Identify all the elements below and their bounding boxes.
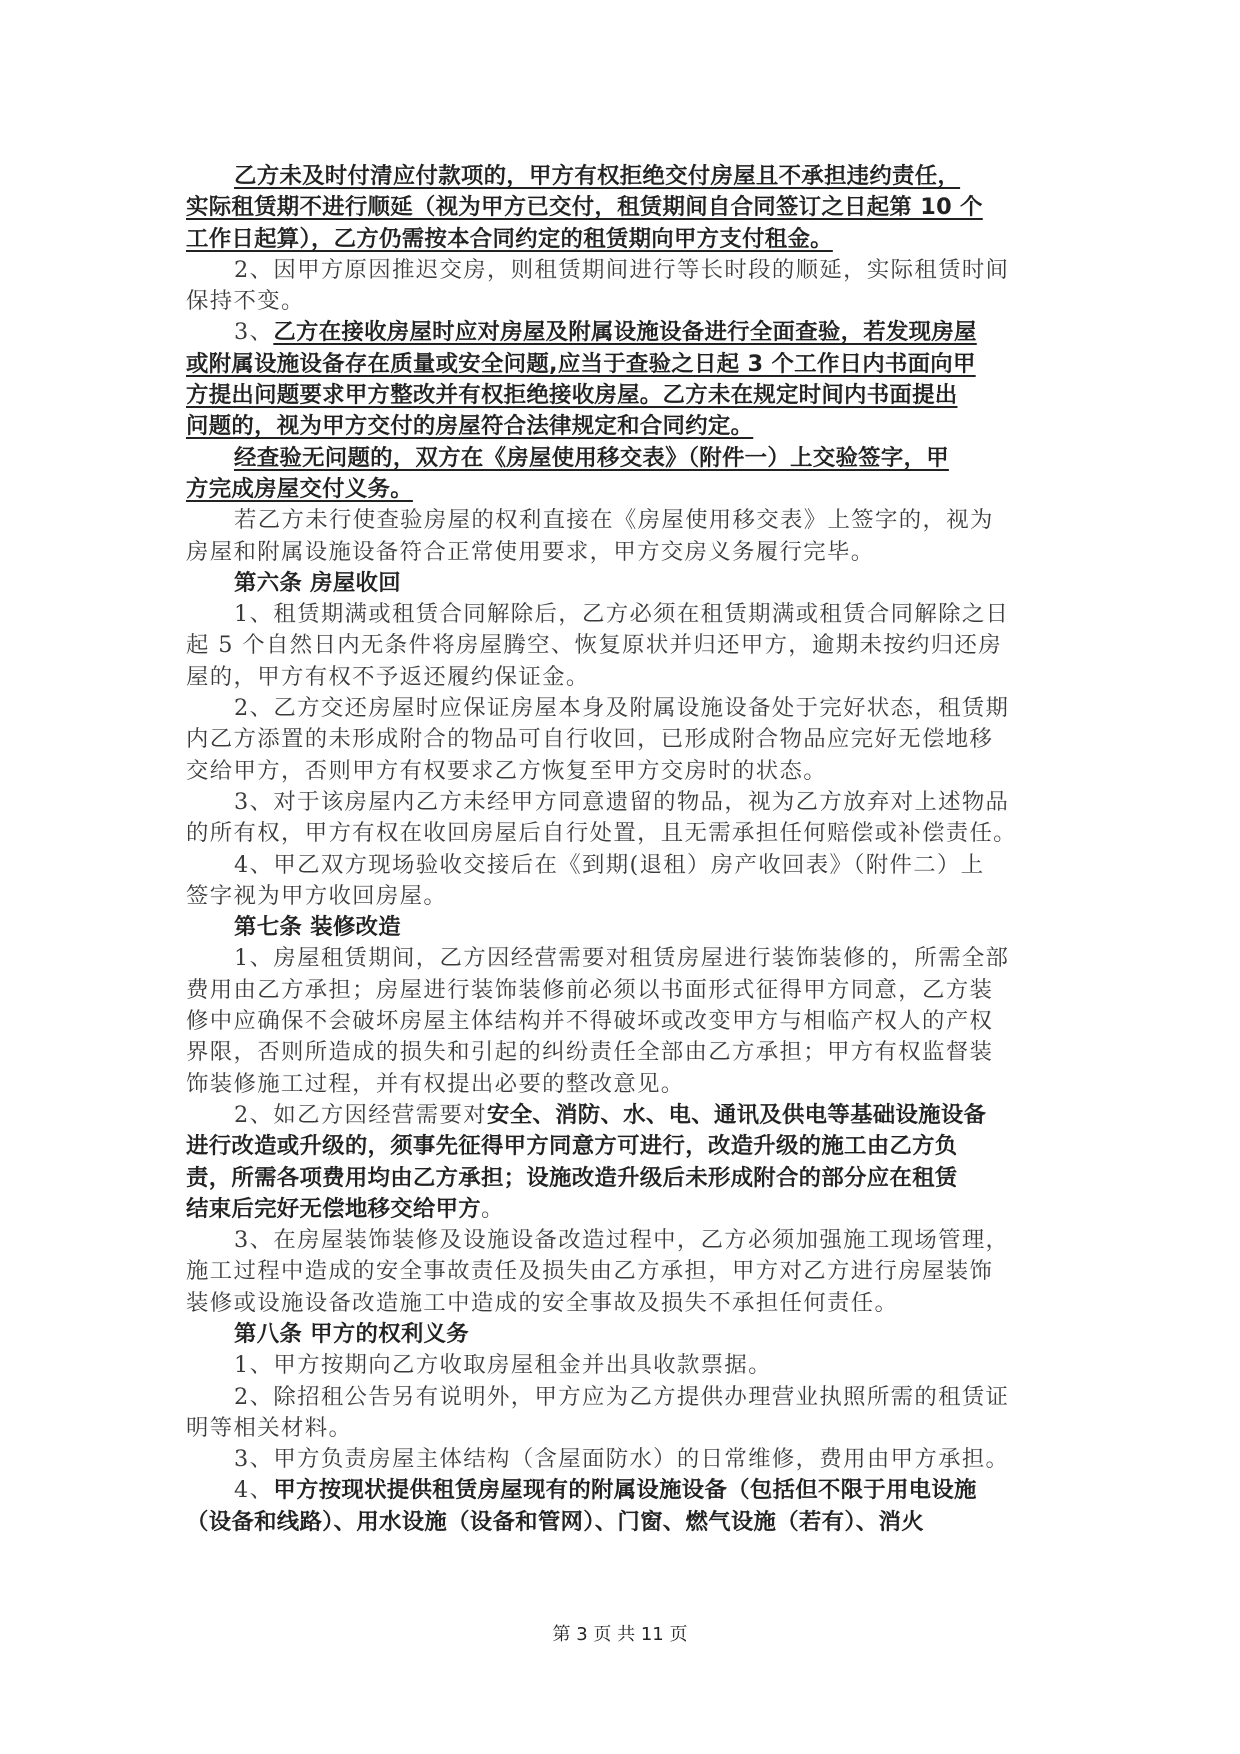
- paragraph-line: 责，所需各项费用均由乙方承担；设施改造升级后未形成附合的部分应在租赁: [186, 1163, 1048, 1194]
- paragraph-line: 方提出问题要求甲方整改并有权拒绝接收房屋。乙方未在规定时间内书面提出: [186, 380, 1048, 411]
- paragraph-line: 装修或设施设备改造施工中造成的安全事故及损失不承担任何责任。: [186, 1288, 1048, 1319]
- item-prefix: 2、如乙方因经营需要对: [234, 1102, 487, 1128]
- paragraph-line: 乙方未及时付清应付款项的，甲方有权拒绝交付房屋且不承担违约责任，: [186, 161, 1048, 192]
- page-number-footer: 第 3 页 共 11 页: [0, 1620, 1240, 1646]
- paragraph-line: 问题的，视为甲方交付的房屋符合法律规定和合同约定。: [186, 411, 1048, 442]
- paragraph-line: 施工过程中造成的安全事故责任及损失由乙方承担，甲方对乙方进行房屋装饰: [186, 1256, 1048, 1287]
- paragraph-line: 2、除招租公告另有说明外，甲方应为乙方提供办理营业执照所需的租赁证: [186, 1382, 1048, 1413]
- paragraph-line: 2、如乙方因经营需要对安全、消防、水、电、通讯及供电等基础设施设备: [186, 1100, 1048, 1131]
- paragraph-line: 3、乙方在接收房屋时应对房屋及附属设施设备进行全面查验，若发现房屋: [186, 317, 1048, 348]
- paragraph-line: 屋的，甲方有权不予返还履约保证金。: [186, 662, 1048, 693]
- paragraph-line: 4、甲方按现状提供租赁房屋现有的附属设施设备（包括但不限于用电设施: [186, 1475, 1048, 1506]
- paragraph-line: 房屋和附属设施设备符合正常使用要求，甲方交房义务履行完毕。: [186, 537, 1048, 568]
- paragraph-line: 起 5 个自然日内无条件将房屋腾空、恢复原状并归还甲方，逾期未按约归还房: [186, 630, 1048, 661]
- section-heading-article-6: 第六条 房屋收回: [186, 568, 1048, 599]
- paragraph-line: 内乙方添置的未形成附合的物品可自行收回，已形成附合物品应完好无偿地移: [186, 724, 1048, 755]
- paragraph-line: 界限，否则所造成的损失和引起的纠纷责任全部由乙方承担；甲方有权监督装: [186, 1037, 1048, 1068]
- paragraph-line: 2、因甲方原因推迟交房，则租赁期间进行等长时段的顺延，实际租赁时间: [186, 255, 1048, 286]
- paragraph-line: 1、租赁期满或租赁合同解除后，乙方必须在租赁期满或租赁合同解除之日: [186, 599, 1048, 630]
- paragraph-line: 若乙方未行使查验房屋的权利直接在《房屋使用移交表》上签字的，视为: [186, 505, 1048, 536]
- paragraph-line: 1、房屋租赁期间，乙方因经营需要对租赁房屋进行装饰装修的，所需全部: [186, 943, 1048, 974]
- paragraph-line: 交给甲方，否则甲方有权要求乙方恢复至甲方交房时的状态。: [186, 756, 1048, 787]
- emphasis-text: 甲方按现状提供租赁房屋现有的附属设施设备（包括但不限于用电设施: [273, 1477, 976, 1503]
- paragraph-line: 结束后完好无偿地移交给甲方。: [186, 1194, 1048, 1225]
- paragraph-line: 费用由乙方承担；房屋进行装饰装修前必须以书面形式征得甲方同意，乙方装: [186, 975, 1048, 1006]
- item-number: 3、: [234, 319, 273, 345]
- emphasis-text: 安全、消防、水、电、通讯及供电等基础设施设备: [487, 1102, 986, 1128]
- paragraph-line: 工作日起算），乙方仍需按本合同约定的租赁期向甲方支付租金。: [186, 224, 1048, 255]
- paragraph-line: 3、在房屋装饰装修及设施设备改造过程中，乙方必须加强施工现场管理，: [186, 1225, 1048, 1256]
- paragraph-line: 实际租赁期不进行顺延（视为甲方已交付，租赁期间自合同签订之日起第 10 个: [186, 192, 1048, 223]
- punctuation: 。: [481, 1196, 505, 1222]
- paragraph-line: （设备和线路）、用水设施（设备和管网）、门窗、燃气设施（若有）、消火: [186, 1507, 1048, 1538]
- paragraph-line: 3、对于该房屋内乙方未经甲方同意遗留的物品，视为乙方放弃对上述物品: [186, 787, 1048, 818]
- section-heading-article-7: 第七条 装修改造: [186, 912, 1048, 943]
- item-number: 4、: [234, 1477, 273, 1503]
- paragraph-line: 饰装修施工过程，并有权提出必要的整改意见。: [186, 1069, 1048, 1100]
- paragraph-line: 保持不变。: [186, 286, 1048, 317]
- paragraph-line: 4、甲乙双方现场验收交接后在《到期(退租）房产收回表》（附件二）上: [186, 850, 1048, 881]
- paragraph-line: 3、甲方负责房屋主体结构（含屋面防水）的日常维修，费用由甲方承担。: [186, 1444, 1048, 1475]
- paragraph-line: 或附属设施设备存在质量或安全问题,应当于查验之日起 3 个工作日内书面向甲: [186, 349, 1048, 380]
- paragraph-line: 2、乙方交还房屋时应保证房屋本身及附属设施设备处于完好状态，租赁期: [186, 693, 1048, 724]
- emphasis-text: 结束后完好无偿地移交给甲方: [186, 1196, 481, 1222]
- paragraph-line: 经查验无问题的，双方在《房屋使用移交表》（附件一）上交验签字，甲: [186, 443, 1048, 474]
- document-body: 乙方未及时付清应付款项的，甲方有权拒绝交付房屋且不承担违约责任， 实际租赁期不进…: [186, 161, 1048, 1538]
- paragraph-line: 方完成房屋交付义务。: [186, 474, 1048, 505]
- emphasis-text: 乙方在接收房屋时应对房屋及附属设施设备进行全面查验，若发现房屋: [273, 319, 976, 345]
- paragraph-line: 明等相关材料。: [186, 1413, 1048, 1444]
- paragraph-line: 的所有权，甲方有权在收回房屋后自行处置，且无需承担任何赔偿或补偿责任。: [186, 818, 1048, 849]
- section-heading-article-8: 第八条 甲方的权利义务: [186, 1319, 1048, 1350]
- paragraph-line: 修中应确保不会破坏房屋主体结构并不得破坏或改变甲方与相临产权人的产权: [186, 1006, 1048, 1037]
- paragraph-line: 1、甲方按期向乙方收取房屋租金并出具收款票据。: [186, 1350, 1048, 1381]
- paragraph-line: 签字视为甲方收回房屋。: [186, 881, 1048, 912]
- paragraph-line: 进行改造或升级的，须事先征得甲方同意方可进行，改造升级的施工由乙方负: [186, 1131, 1048, 1162]
